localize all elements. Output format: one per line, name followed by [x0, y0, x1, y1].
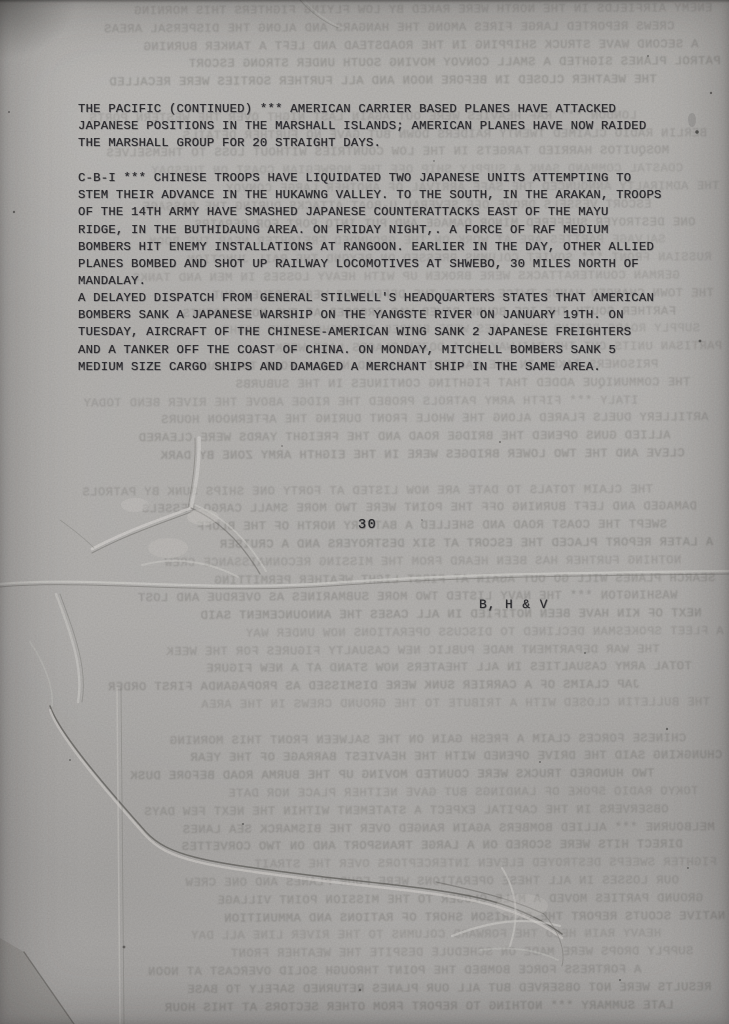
- paper-sheet: ENEMY AIRFIELDS IN THE NORTH WERE RAKED …: [0, 0, 729, 1024]
- page-number: 30: [358, 517, 377, 534]
- paragraph-stilwell-dispatch: A DELAYED DISPATCH FROM GENERAL STILWELL…: [78, 290, 654, 376]
- paragraph-c-b-i: C-B-I *** CHINESE TROOPS HAVE LIQUIDATED…: [78, 170, 662, 290]
- signoff-initials: B, H & V: [479, 596, 548, 613]
- paragraph-the-pacific: THE PACIFIC (CONTINUED) *** AMERICAN CAR…: [78, 101, 646, 153]
- typed-text-block: THE PACIFIC (CONTINUED) *** AMERICAN CAR…: [0, 0, 729, 1024]
